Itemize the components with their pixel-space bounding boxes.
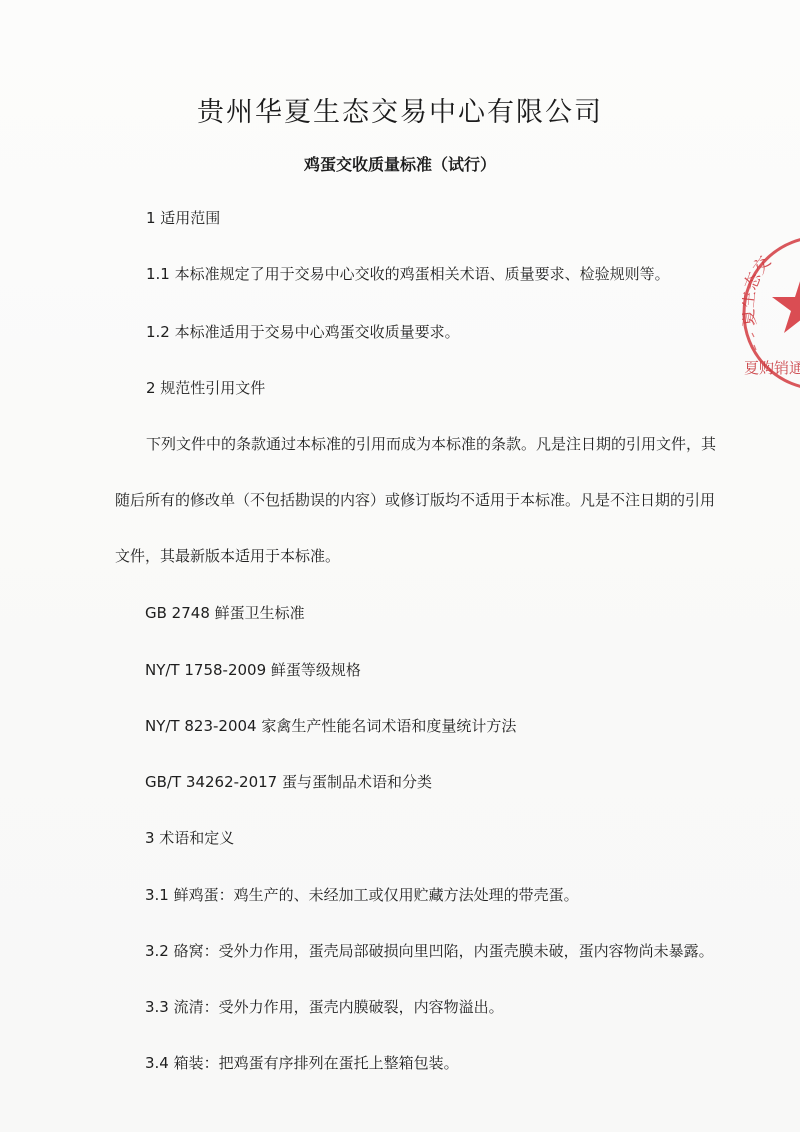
clause-1-2: 1.2 本标准适用于交易中心鸡蛋交收质量要求。 [146,322,460,342]
document-title: 鸡蛋交收质量标准（试行） [0,152,800,175]
reference-item: NY/T 1758-2009 鲜蛋等级规格 [145,660,361,680]
clause-3-4: 3.4 箱装：把鸡蛋有序排列在蛋托上整箱包装。 [145,1053,459,1073]
clause-3-3: 3.3 流清：受外力作用，蛋壳内膜破裂，内容物溢出。 [145,997,504,1017]
paragraph-line-1: 下列文件中的条款通过本标准的引用而成为本标准的条款。凡是注日期的引用文件，其 [146,434,716,454]
company-name: 贵州华夏生态交易中心有限公司 [0,90,800,129]
reference-item: NY/T 823-2004 家禽生产性能名词术语和度量统计方法 [145,716,516,736]
paragraph-line-2: 随后所有的修改单（不包括勘误的内容）或修订版均不适用于本标准。凡是不注日期的引用 [115,490,715,510]
section-heading-terms: 3 术语和定义 [145,828,234,848]
section-heading-scope: 1 适用范围 [146,208,220,228]
star-icon [772,275,800,333]
reference-item: GB 2748 鲜蛋卫生标准 [145,603,305,623]
clause-3-1: 3.1 鲜鸡蛋：鸡生产的、未经加工或仅用贮藏方法处理的带壳蛋。 [145,885,579,905]
paragraph-line-3: 文件，其最新版本适用于本标准。 [115,546,340,566]
clause-3-2: 3.2 硌窝：受外力作用，蛋壳局部破损向里凹陷，内蛋壳膜未破，蛋内容物尚未暴露。 [145,941,714,961]
seal-bottom-text: 夏购销通运 [744,359,800,377]
reference-item: GB/T 34262-2017 蛋与蛋制品术语和分类 [145,772,432,792]
document-page: 贵州华夏生态交易中心有限公司 鸡蛋交收质量标准（试行） 1 适用范围 1.1 本… [0,0,800,1132]
section-heading-references: 2 规范性引用文件 [146,378,265,398]
company-seal: 夏生态交 夏购销通运 [742,225,800,400]
clause-1-1: 1.1 本标准规定了用于交易中心交收的鸡蛋相关术语、质量要求、检验规则等。 [146,264,670,284]
